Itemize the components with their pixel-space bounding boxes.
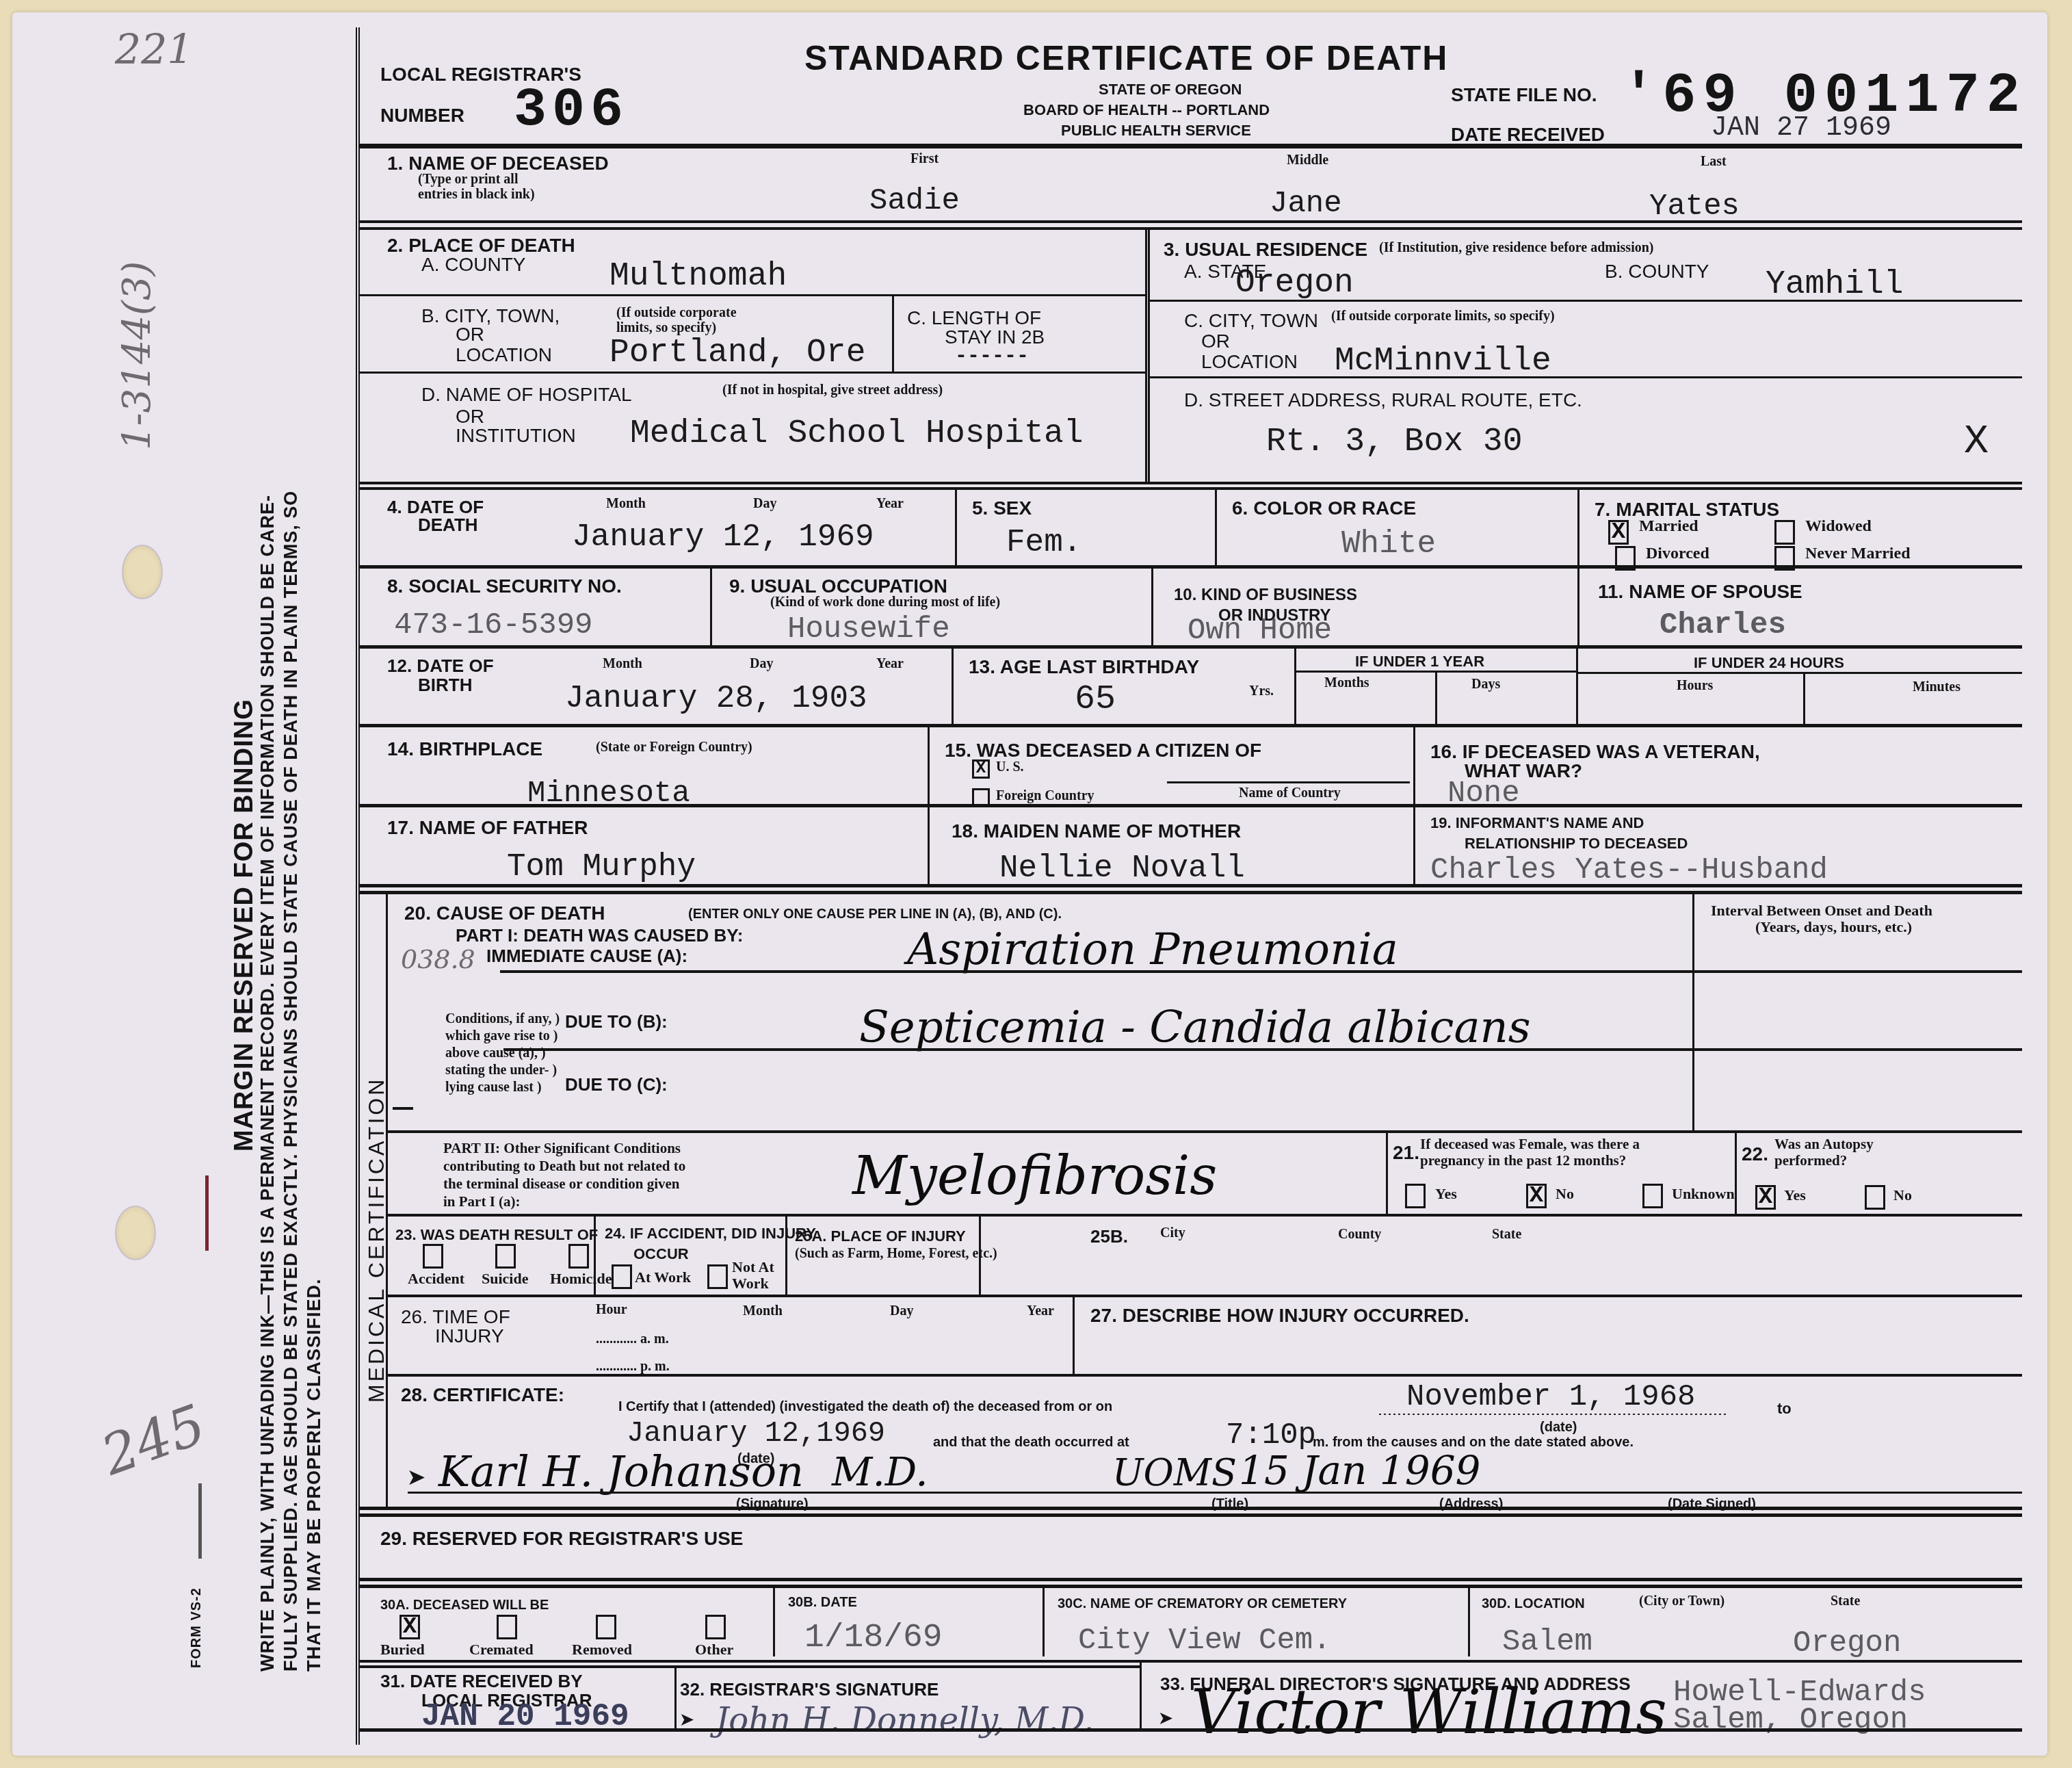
certify-text: I Certify that I (attended) (investigate… [618, 1399, 1112, 1415]
residence-county-label: B. COUNTY [1605, 260, 1709, 283]
marital-widowed-label: Widowed [1805, 517, 1872, 536]
item3-label: 3. USUAL RESIDENCE [1164, 238, 1367, 261]
attended-to-date: January 12,1969 [627, 1419, 885, 1448]
residence-city-hint: (If outside corporate limits, so specify… [1331, 308, 1555, 324]
due-to-b-value: Septicemia - Candida albicans [859, 1006, 1531, 1050]
x-mark: X [1964, 421, 1989, 463]
marital-married-checkbox[interactable]: X [1608, 520, 1629, 545]
city-town-caption: (City or Town) [1639, 1593, 1725, 1609]
mother-value: Nellie Novall [999, 853, 1245, 884]
result-homicide-label: Homicide [550, 1270, 612, 1288]
disposition-date-label: 30B. DATE [788, 1594, 857, 1611]
hospital-hint: (If not in hospital, give street address… [722, 382, 943, 398]
instructions-line-3: THAT IT MAY BE PROPERLY CLASSIFIED. [304, 1278, 325, 1672]
day-caption: Day [753, 495, 776, 512]
signature-arrow-icon: ➤ [680, 1711, 694, 1730]
residence-street-value: Rt. 3, Box 30 [1266, 426, 1522, 458]
country-name-caption: Name of Country [1239, 785, 1341, 801]
years-caption: Yrs. [1249, 683, 1274, 699]
date-of-death-label: DEATH [418, 515, 478, 536]
punch-hole [122, 545, 163, 599]
place-county-label: A. COUNTY [421, 253, 525, 276]
item1-hint: entries in black ink) [418, 186, 535, 203]
place-city-label-location: LOCATION [456, 343, 552, 367]
under-1-year-label: IF UNDER 1 YEAR [1355, 653, 1484, 671]
registrar-signature-label: 32. REGISTRAR'S SIGNATURE [680, 1679, 939, 1700]
disposition-removed-label: Removed [572, 1641, 632, 1659]
informant-label: RELATIONSHIP TO DECEASED [1465, 835, 1688, 853]
autopsy-question: Was an Autopsy [1774, 1136, 1874, 1153]
citizen-us-checkbox[interactable]: X [972, 759, 990, 779]
residence-street-label: D. STREET ADDRESS, RURAL ROUTE, ETC. [1184, 389, 1582, 412]
place-city-label-or: OR [456, 323, 484, 346]
item1-hint: (Type or print all [418, 171, 518, 187]
disposition-buried-checkbox[interactable]: X [399, 1615, 420, 1639]
occupation-hint: (Kind of work done during most of life) [770, 594, 1000, 610]
local-registrar-number: 306 [514, 83, 629, 138]
result-accident-label: Accident [408, 1270, 464, 1288]
physician-address: UOMS [1112, 1455, 1237, 1492]
conditions-hint: above cause (a), ) [445, 1045, 546, 1061]
injury-at-work-checkbox[interactable] [612, 1264, 632, 1289]
result-homicide-checkbox[interactable] [568, 1244, 589, 1269]
autopsy-yes-checkbox[interactable]: X [1755, 1185, 1776, 1210]
conditions-hint: Conditions, if any, ) [445, 1011, 560, 1027]
registrar-use-label: 29. RESERVED FOR REGISTRAR'S USE [380, 1527, 743, 1550]
disposition-other-label: Other [695, 1641, 733, 1659]
pregnancy-number: 21. [1393, 1141, 1419, 1165]
pm-line: ............ p. m. [596, 1358, 670, 1375]
pencil-annotation-bottom: 245 [94, 1392, 213, 1488]
interval-label: Interval Between Onset and Death [1711, 902, 1932, 920]
birth-date-label: 12. DATE OF [387, 655, 494, 677]
length-of-stay-value: ------ [955, 346, 1029, 367]
age-value: 65 [1075, 683, 1116, 717]
ssn-value: 473-16-5399 [394, 610, 592, 640]
injury-city-caption: City [1160, 1225, 1185, 1241]
state-file-label: STATE FILE NO. [1451, 83, 1597, 107]
autopsy-no-checkbox[interactable] [1865, 1185, 1885, 1210]
pencil-annotation-top: 221 [115, 26, 194, 74]
physician-signature: Karl H. Johanson [438, 1451, 804, 1493]
spouse-value: Charles [1660, 610, 1786, 640]
birth-date-value: January 28, 1903 [565, 683, 867, 714]
injury-description-label: 27. DESCRIBE HOW INJURY OCCURRED. [1090, 1304, 1469, 1327]
year-caption: Year [876, 495, 904, 512]
certificate-label: 28. CERTIFICATE: [401, 1383, 564, 1407]
to-text: to [1777, 1400, 1792, 1418]
autopsy-question: performed? [1774, 1152, 1847, 1169]
injury-county-caption: County [1338, 1226, 1381, 1243]
citizenship-label: 15. WAS DECEASED A CITIZEN OF [945, 739, 1261, 762]
injury-not-at-work-label: Not At Work [732, 1259, 780, 1292]
sex-label: 5. SEX [972, 497, 1032, 520]
instructions-line-1: WRITE PLAINLY, WITH UNFADING INK—THIS IS… [257, 495, 278, 1672]
father-label: 17. NAME OF FATHER [387, 816, 588, 840]
disposition-removed-checkbox[interactable] [596, 1615, 616, 1639]
business-value: Own Home [1188, 616, 1332, 646]
place-of-injury-hint: (Such as Farm, Home, Forest, etc.) [795, 1245, 997, 1262]
months-caption: Months [1324, 675, 1369, 691]
day-caption: Day [890, 1303, 913, 1319]
marital-married-label: Married [1639, 517, 1699, 536]
residence-city-label-or: OR [1201, 330, 1230, 353]
death-occurred-text: and that the death occurred at [933, 1434, 1129, 1451]
informant-label: 19. INFORMANT'S NAME AND [1430, 814, 1644, 832]
residence-city-value: McMinnville [1335, 345, 1551, 378]
public-health-service: PUBLIC HEALTH SERVICE [1061, 122, 1251, 140]
autopsy-number: 22. [1742, 1143, 1768, 1166]
pregnancy-question: pregnancy in the past 12 months? [1420, 1152, 1626, 1169]
part1-label: PART I: DEATH WAS CAUSED BY: [456, 925, 743, 946]
pencil-mark [198, 1483, 202, 1559]
year-caption: Year [876, 655, 904, 672]
result-suicide-checkbox[interactable] [495, 1244, 516, 1269]
first-name-caption: First [910, 151, 939, 167]
cause-of-death-label: 20. CAUSE OF DEATH [404, 902, 605, 925]
binding-note: MARGIN RESERVED FOR BINDING [230, 699, 259, 1152]
place-city-hint: (If outside corporate [616, 304, 737, 321]
injury-at-work-label: At Work [635, 1269, 691, 1286]
mother-label: 18. MAIDEN NAME OF MOTHER [952, 820, 1241, 843]
injury-state-caption: State [1492, 1226, 1521, 1243]
hospital-label: D. NAME OF HOSPITAL [421, 383, 632, 406]
marital-divorced-label: Divorced [1646, 545, 1709, 563]
marital-never-married-label: Never Married [1805, 545, 1910, 563]
month-caption: Month [743, 1303, 783, 1319]
pregnancy-unknown-label: Unknown [1672, 1185, 1735, 1203]
hour-caption: Hour [596, 1301, 627, 1318]
pregnancy-unknown-checkbox[interactable] [1642, 1184, 1663, 1208]
deceased-middle-name: Jane [1270, 189, 1342, 219]
spouse-label: 11. NAME OF SPOUSE [1598, 580, 1802, 603]
autopsy-yes-label: Yes [1784, 1186, 1806, 1204]
disposition-cremated-checkbox[interactable] [497, 1615, 517, 1639]
birth-date-label: BIRTH [418, 675, 472, 696]
cause-of-death-hint: (ENTER ONLY ONE CAUSE PER LINE IN (A), (… [688, 906, 1062, 922]
hospital-value: Medical School Hospital [630, 417, 1084, 450]
birthplace-label: 14. BIRTHPLACE [387, 738, 542, 761]
age-label: 13. AGE LAST BIRTHDAY [969, 655, 1199, 679]
place-county-value: Multnomah [609, 260, 787, 293]
date-of-death-value: January 12, 1969 [572, 521, 874, 553]
funeral-director-signature: Victor Williams [1191, 1682, 1667, 1743]
signature-arrow-icon: ➤ [1159, 1709, 1172, 1729]
residence-city-label: C. CITY, TOWN [1184, 309, 1318, 333]
citizen-foreign-label: Foreign Country [996, 788, 1094, 804]
pregnancy-yes-checkbox[interactable] [1405, 1184, 1426, 1208]
month-caption: Month [603, 655, 642, 672]
occupation-value: Housewife [787, 614, 950, 645]
informant-value: Charles Yates--Husband [1430, 855, 1828, 885]
disposition-label: 30A. DECEASED WILL BE [380, 1597, 549, 1613]
residence-city-label-location: LOCATION [1201, 350, 1298, 374]
part2-hint: in Part I (a): [443, 1193, 521, 1210]
date-received-label: DATE RECEIVED [1451, 123, 1605, 146]
hospital-label-institution: INSTITUTION [456, 424, 576, 447]
disposition-cremated-label: Cremated [469, 1641, 534, 1659]
cemetery-value: City View Cem. [1078, 1626, 1331, 1656]
hours-caption: Hours [1677, 677, 1713, 694]
attended-from-date: November 1, 1968 [1406, 1382, 1695, 1412]
binding-margin: 221 1-3144(3) 245 FORM VS-2 MARGIN RESER… [12, 12, 354, 1756]
part2-hint: the terminal disease or condition given [443, 1175, 680, 1193]
due-to-c-label: DUE TO (C): [565, 1074, 668, 1095]
sex-value: Fem. [1006, 527, 1081, 558]
result-accident-checkbox[interactable] [423, 1244, 443, 1269]
pregnancy-no-checkbox[interactable]: X [1526, 1184, 1547, 1208]
item3-hint: (If Institution, give residence before a… [1379, 239, 1653, 256]
year-caption: Year [1027, 1303, 1054, 1319]
race-label: 6. COLOR OR RACE [1232, 497, 1416, 520]
immediate-cause-value: Aspiration Pneumonia [907, 928, 1398, 972]
board-of-health: BOARD OF HEALTH -- PORTLAND [1023, 101, 1270, 119]
disposition-date-value: 1/18/69 [804, 1622, 943, 1654]
day-caption: Day [750, 655, 773, 672]
deceased-last-name: Yates [1649, 192, 1740, 222]
disposition-buried-label: Buried [380, 1641, 425, 1659]
part2-value: Myelofibrosis [852, 1149, 1217, 1203]
pregnancy-question: If deceased was Female, was there a [1420, 1136, 1640, 1153]
marital-widowed-checkbox[interactable] [1774, 520, 1795, 545]
race-value: White [1341, 528, 1436, 560]
part2-hint: PART II: Other Significant Conditions [443, 1140, 681, 1157]
business-label: 10. KIND OF BUSINESS [1174, 586, 1357, 606]
place-city-value: Portland, Ore [609, 337, 865, 369]
pregnancy-yes-label: Yes [1435, 1185, 1457, 1203]
red-mark [205, 1175, 209, 1251]
date-signed: 15 Jan 1969 [1239, 1451, 1480, 1490]
citizen-us-label: U. S. [996, 759, 1024, 775]
birthplace-hint: (State or Foreign Country) [596, 739, 752, 755]
disposition-other-checkbox[interactable] [705, 1615, 726, 1639]
place-city-label: B. CITY, TOWN, [421, 304, 560, 328]
conditions-hint: lying cause last ) [445, 1079, 542, 1095]
father-value: Tom Murphy [507, 851, 696, 883]
month-caption: Month [606, 495, 646, 512]
time-of-death: 7:10p [1226, 1420, 1316, 1451]
cemetery-label: 30C. NAME OF CREMATORY OR CEMETERY [1058, 1596, 1347, 1612]
state-caption: State [1831, 1593, 1860, 1609]
number-label: NUMBER [380, 104, 464, 127]
date-caption: (date) [1540, 1419, 1577, 1435]
pregnancy-no-label: No [1556, 1185, 1574, 1203]
deceased-first-name: Sadie [869, 186, 960, 216]
certificate-title: STANDARD CERTIFICATE OF DEATH [804, 38, 1448, 78]
date-received-local-label: 31. DATE RECEIVED BY [380, 1671, 583, 1692]
middle-name-caption: Middle [1287, 152, 1328, 168]
ssn-label: 8. SOCIAL SECURITY NO. [387, 575, 622, 598]
instructions-line-2: FULLY SUPPLIED. AGE SHOULD BE STATED EXA… [280, 491, 302, 1672]
injury-location-number: 25B. [1090, 1226, 1128, 1247]
interval-label: (Years, days, hours, etc.) [1755, 918, 1912, 936]
disposition-city-value: Salem [1502, 1627, 1592, 1657]
last-name-caption: Last [1701, 153, 1727, 170]
state-of-oregon: STATE OF OREGON [1099, 81, 1242, 99]
disposition-state-value: Oregon [1793, 1628, 1901, 1659]
accident-location-label: OCCUR [633, 1245, 689, 1263]
minutes-caption: Minutes [1913, 679, 1960, 695]
disposition-location-label: 30D. LOCATION [1482, 1596, 1585, 1612]
form-number: FORM VS-2 [189, 1587, 205, 1668]
result-suicide-label: Suicide [482, 1270, 528, 1288]
medical-certification-label: MEDICAL CERTIFICATION [364, 1077, 389, 1403]
place-of-injury-label: 25A. PLACE OF INJURY [795, 1227, 966, 1245]
death-certificate-form: LOCAL REGISTRAR'S NUMBER 306 STANDARD CE… [356, 27, 2018, 1745]
death-result-label: 23. WAS DEATH RESULT OF [395, 1226, 598, 1244]
pencil-annotation-code: 1-3144(3) [115, 261, 159, 450]
part2-hint: contributing to Death but not related to [443, 1158, 685, 1175]
conditions-hint: which gave rise to ) [445, 1028, 558, 1044]
under-24-hours-label: IF UNDER 24 HOURS [1694, 654, 1844, 672]
residence-state-value: Oregon [1235, 267, 1354, 300]
physician-title: M.D. [832, 1452, 928, 1492]
place-city-hint: limits, so specify) [616, 320, 716, 336]
date-received-stamp: JAN 27 1969 [1711, 115, 1891, 142]
accident-location-label: 24. IF ACCIDENT, DID INJURY [605, 1225, 816, 1243]
residence-county-value: Yamhill [1766, 268, 1904, 301]
punch-hole [115, 1206, 156, 1260]
am-line: ............ a. m. [596, 1331, 669, 1347]
due-to-b-label: DUE TO (B): [565, 1011, 668, 1032]
time-of-injury-label: INJURY [435, 1325, 504, 1348]
autopsy-no-label: No [1893, 1186, 1912, 1204]
conditions-hint: stating the under- ) [445, 1062, 557, 1078]
signature-arrow-icon: ➤ [408, 1466, 425, 1490]
injury-not-at-work-checkbox[interactable] [707, 1264, 728, 1289]
days-caption: Days [1471, 676, 1500, 692]
cause-code: 038.8 [401, 944, 475, 974]
immediate-cause-label: IMMEDIATE CAUSE (A): [486, 946, 687, 967]
